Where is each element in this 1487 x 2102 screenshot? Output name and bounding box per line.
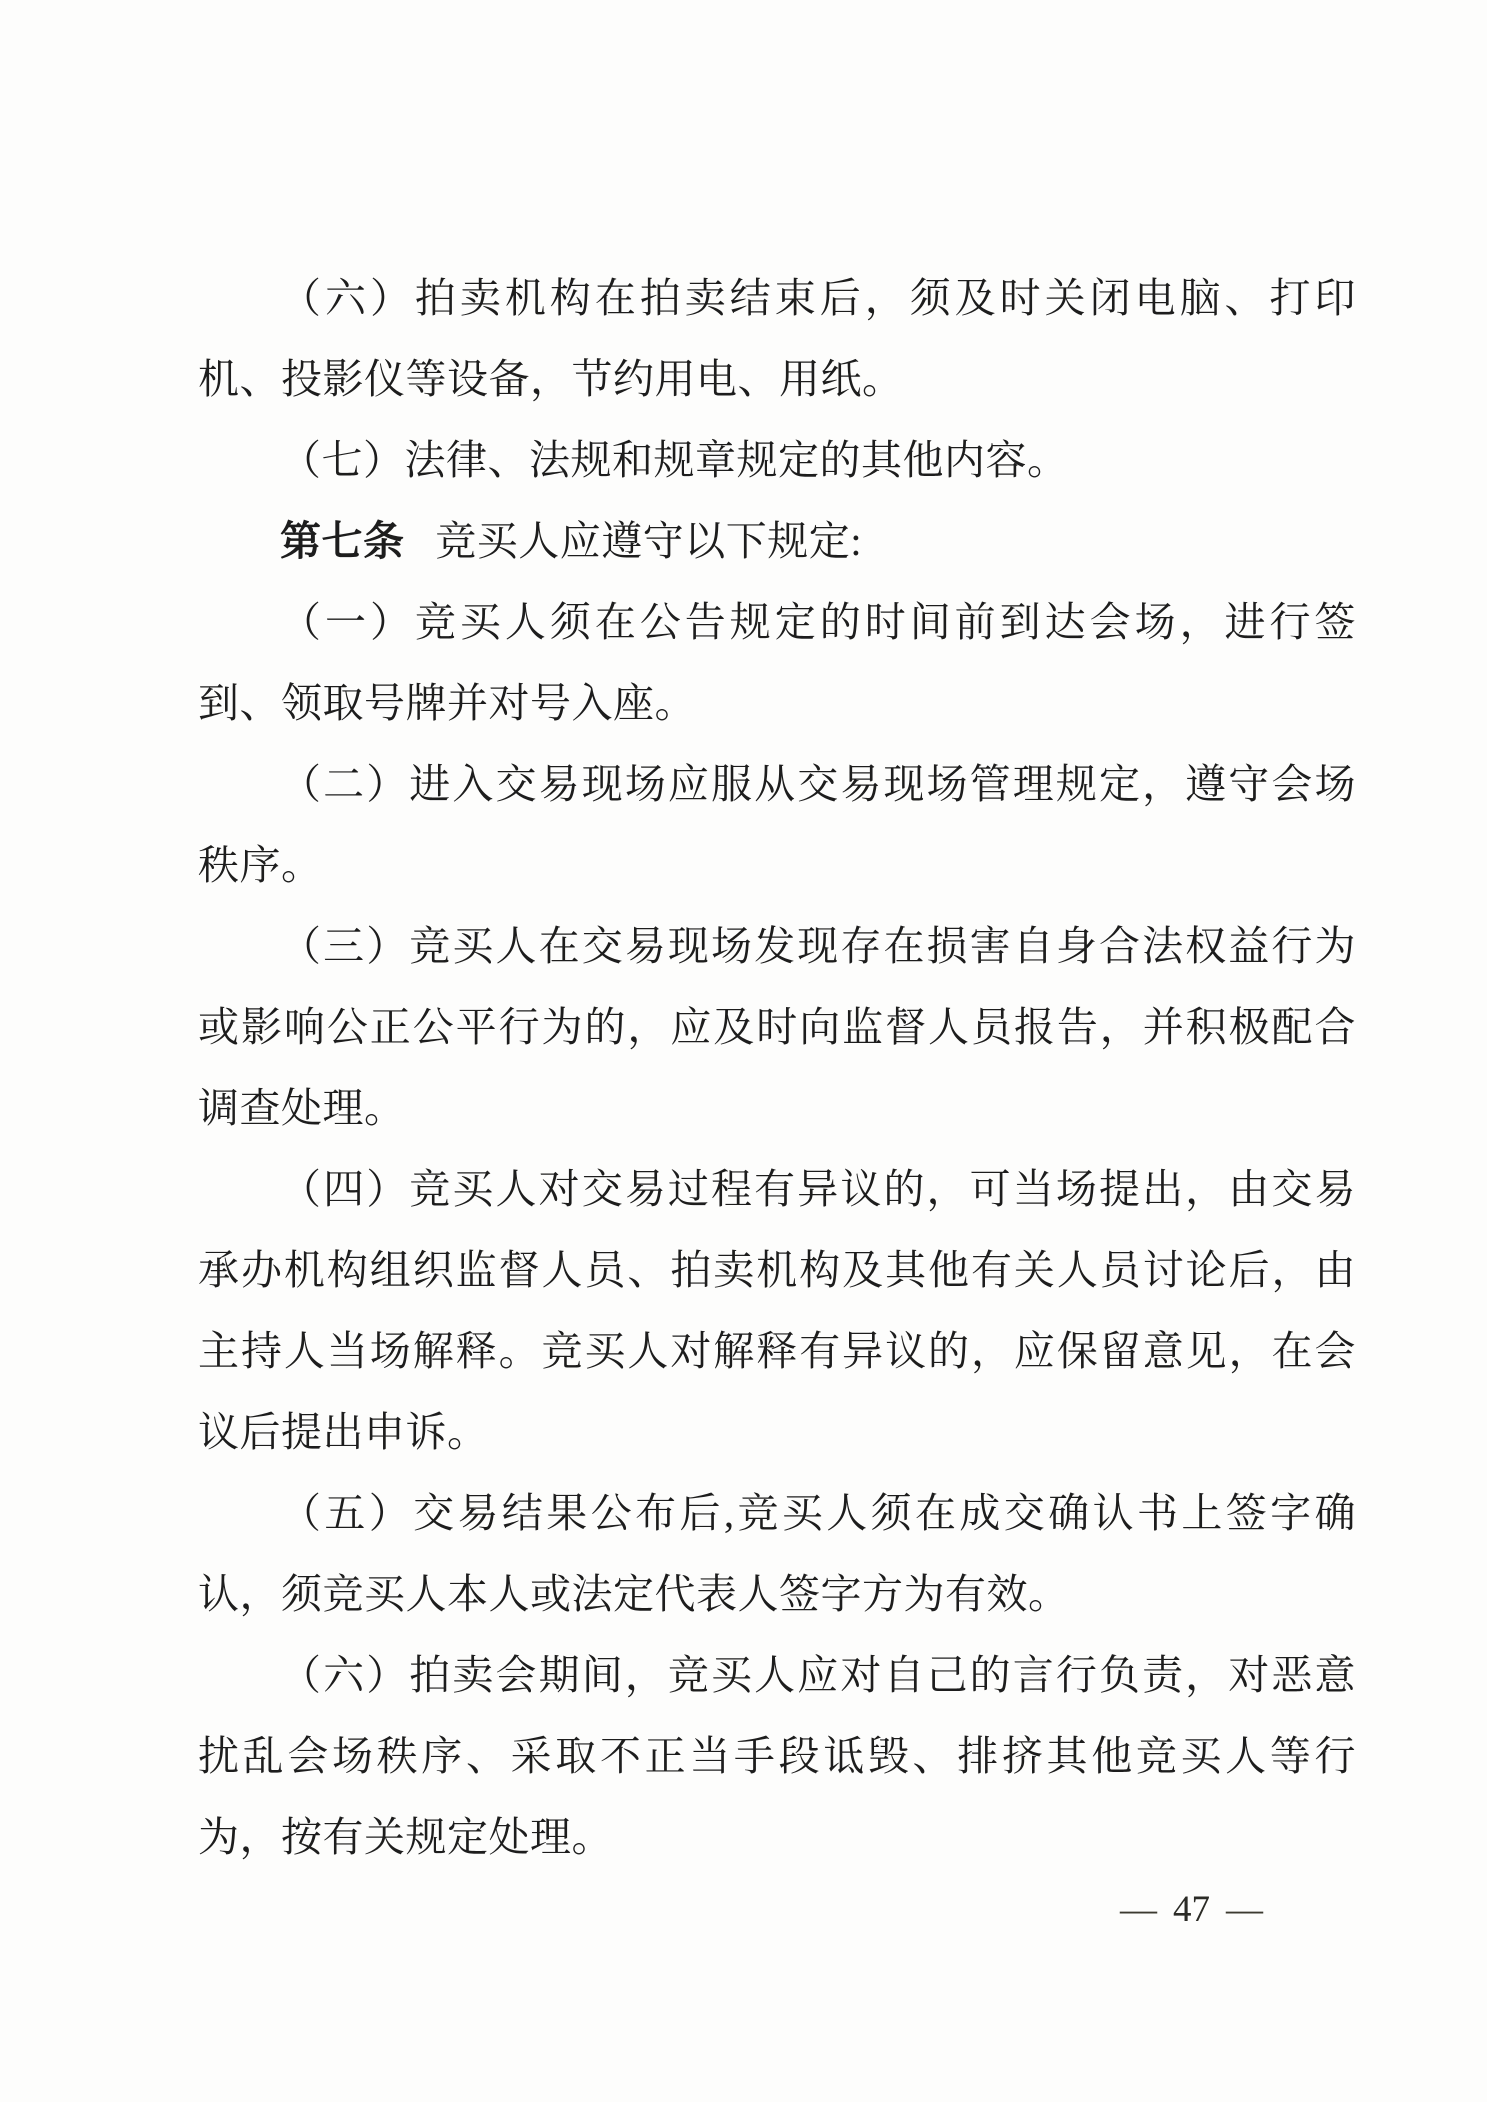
paragraph: （四）竞买人对交易过程有异议的，可当场提出，由交易承办机构组织监督人员、拍卖机构… bbox=[198, 1149, 1356, 1473]
paragraph-text: （四）竞买人对交易过程有异议的，可当场提出，由交易承办机构组织监督人员、拍卖机构… bbox=[198, 1166, 1356, 1455]
page-number: 47 bbox=[1173, 1884, 1210, 1936]
paragraph: （七）法律、法规和规章规定的其他内容。 bbox=[198, 420, 1356, 501]
paragraph: 第七条竞买人应遵守以下规定: bbox=[198, 501, 1356, 582]
paragraph: （五）交易结果公布后,竞买人须在成交确认书上签字确认，须竞买人本人或法定代表人签… bbox=[198, 1473, 1356, 1635]
document-content: （六）拍卖机构在拍卖结束后，须及时关闭电脑、打印机、投影仪等设备，节约用电、用纸… bbox=[198, 258, 1356, 1878]
paragraph-text: （五）交易结果公布后,竞买人须在成交确认书上签字确认，须竞买人本人或法定代表人签… bbox=[198, 1490, 1356, 1617]
footer-dash-right: — bbox=[1226, 1884, 1263, 1936]
paragraph-text: （二）进入交易现场应服从交易现场管理规定，遵守会场秩序。 bbox=[198, 761, 1356, 888]
article-heading: 第七条 bbox=[280, 518, 405, 564]
paragraph: （六）拍卖会期间，竞买人应对自己的言行负责，对恶意扰乱会场秩序、采取不正当手段诋… bbox=[198, 1635, 1356, 1878]
paragraph-text: （三）竞买人在交易现场发现存在损害自身合法权益行为或影响公正公平行为的，应及时向… bbox=[198, 923, 1356, 1131]
paragraph-text: （六）拍卖会期间，竞买人应对自己的言行负责，对恶意扰乱会场秩序、采取不正当手段诋… bbox=[198, 1652, 1356, 1860]
paragraph-text: （一）竞买人须在公告规定的时间前到达会场，进行签到、领取号牌并对号入座。 bbox=[198, 599, 1356, 726]
paragraph: （一）竞买人须在公告规定的时间前到达会场，进行签到、领取号牌并对号入座。 bbox=[198, 582, 1356, 744]
paragraph-text: （六）拍卖机构在拍卖结束后，须及时关闭电脑、打印机、投影仪等设备，节约用电、用纸… bbox=[198, 275, 1356, 402]
paragraph: （二）进入交易现场应服从交易现场管理规定，遵守会场秩序。 bbox=[198, 744, 1356, 906]
document-page: （六）拍卖机构在拍卖结束后，须及时关闭电脑、打印机、投影仪等设备，节约用电、用纸… bbox=[0, 0, 1487, 2102]
paragraph-text: （七）法律、法规和规章规定的其他内容。 bbox=[280, 437, 1069, 483]
paragraph: （六）拍卖机构在拍卖结束后，须及时关闭电脑、打印机、投影仪等设备，节约用电、用纸… bbox=[198, 258, 1356, 420]
footer-dash-left: — bbox=[1120, 1884, 1157, 1936]
paragraph-text: 竞买人应遵守以下规定: bbox=[435, 518, 862, 564]
page-footer: — 47 — bbox=[1120, 1884, 1263, 1936]
paragraph: （三）竞买人在交易现场发现存在损害自身合法权益行为或影响公正公平行为的，应及时向… bbox=[198, 906, 1356, 1149]
